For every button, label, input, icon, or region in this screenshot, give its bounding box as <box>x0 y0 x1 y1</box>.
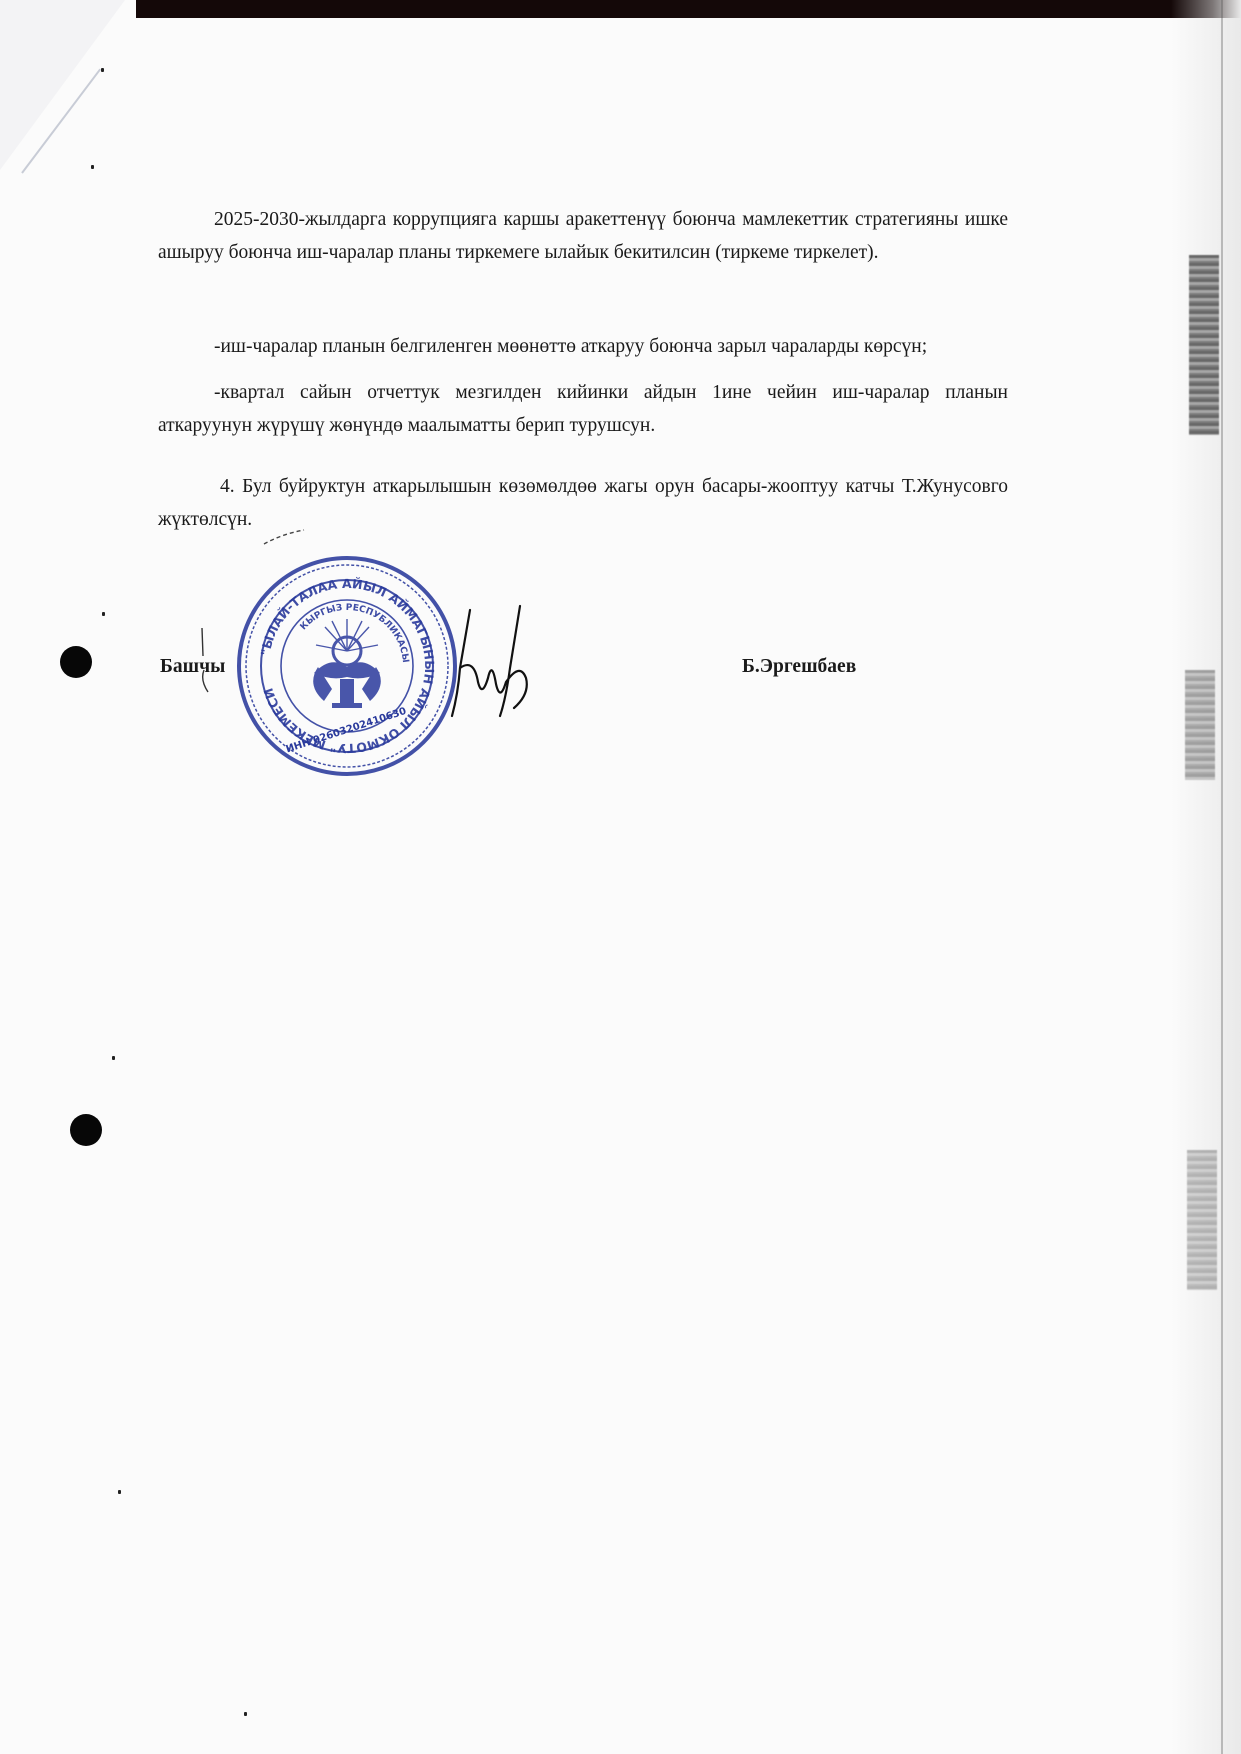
official-stamp-icon: "ЫЛАЙ-ТАЛАА АЙЫЛ АЙМАГЫНЫН АЙЫЛ ОКМОТУ" … <box>236 555 458 777</box>
speck <box>101 68 104 72</box>
paragraph-2: 2025-2030-жылдарга коррупцияга каршы ара… <box>158 203 1008 269</box>
pen-mark <box>196 626 210 696</box>
signatory-name: Б.Эргешбаев <box>742 656 856 678</box>
scan-top-edge <box>136 0 1241 18</box>
paragraph-text: 4. Бул буйруктун аткарылышын көзөмөлдөө … <box>158 470 1008 536</box>
scan-smudge <box>1189 255 1219 435</box>
paragraph-text: -иш-чаралар планын белгиленген мөөнөттө … <box>158 330 1008 363</box>
scan-smudge <box>1187 1150 1217 1290</box>
paragraph-text: -квартал сайын отчеттук мезгилден кийинк… <box>158 376 1008 442</box>
paragraph-bullet-1: -иш-чаралар планын белгиленген мөөнөттө … <box>158 330 1008 363</box>
punch-hole <box>60 646 92 678</box>
signature-icon <box>440 598 540 718</box>
pen-mark <box>262 528 306 546</box>
scan-edge-line <box>1221 0 1223 1754</box>
speck <box>118 1490 121 1494</box>
speck <box>91 165 94 169</box>
speck <box>112 1056 115 1060</box>
speck <box>244 1712 247 1716</box>
speck <box>102 612 105 616</box>
scan-smudge <box>1185 670 1215 780</box>
punch-hole <box>70 1114 102 1146</box>
paragraph-bullet-2: -квартал сайын отчеттук мезгилден кийинк… <box>158 376 1008 442</box>
folded-corner <box>0 0 125 170</box>
paragraph-4: 4. Бул буйруктун аткарылышын көзөмөлдөө … <box>158 470 1008 536</box>
paragraph-text: 2025-2030-жылдарга коррупцияга каршы ара… <box>158 203 1008 269</box>
svg-text:КЫРГЫЗ РЕСПУБЛИКАСЫ: КЫРГЫЗ РЕСПУБЛИКАСЫ <box>299 603 410 663</box>
signatory-title: Башчы <box>160 656 225 678</box>
